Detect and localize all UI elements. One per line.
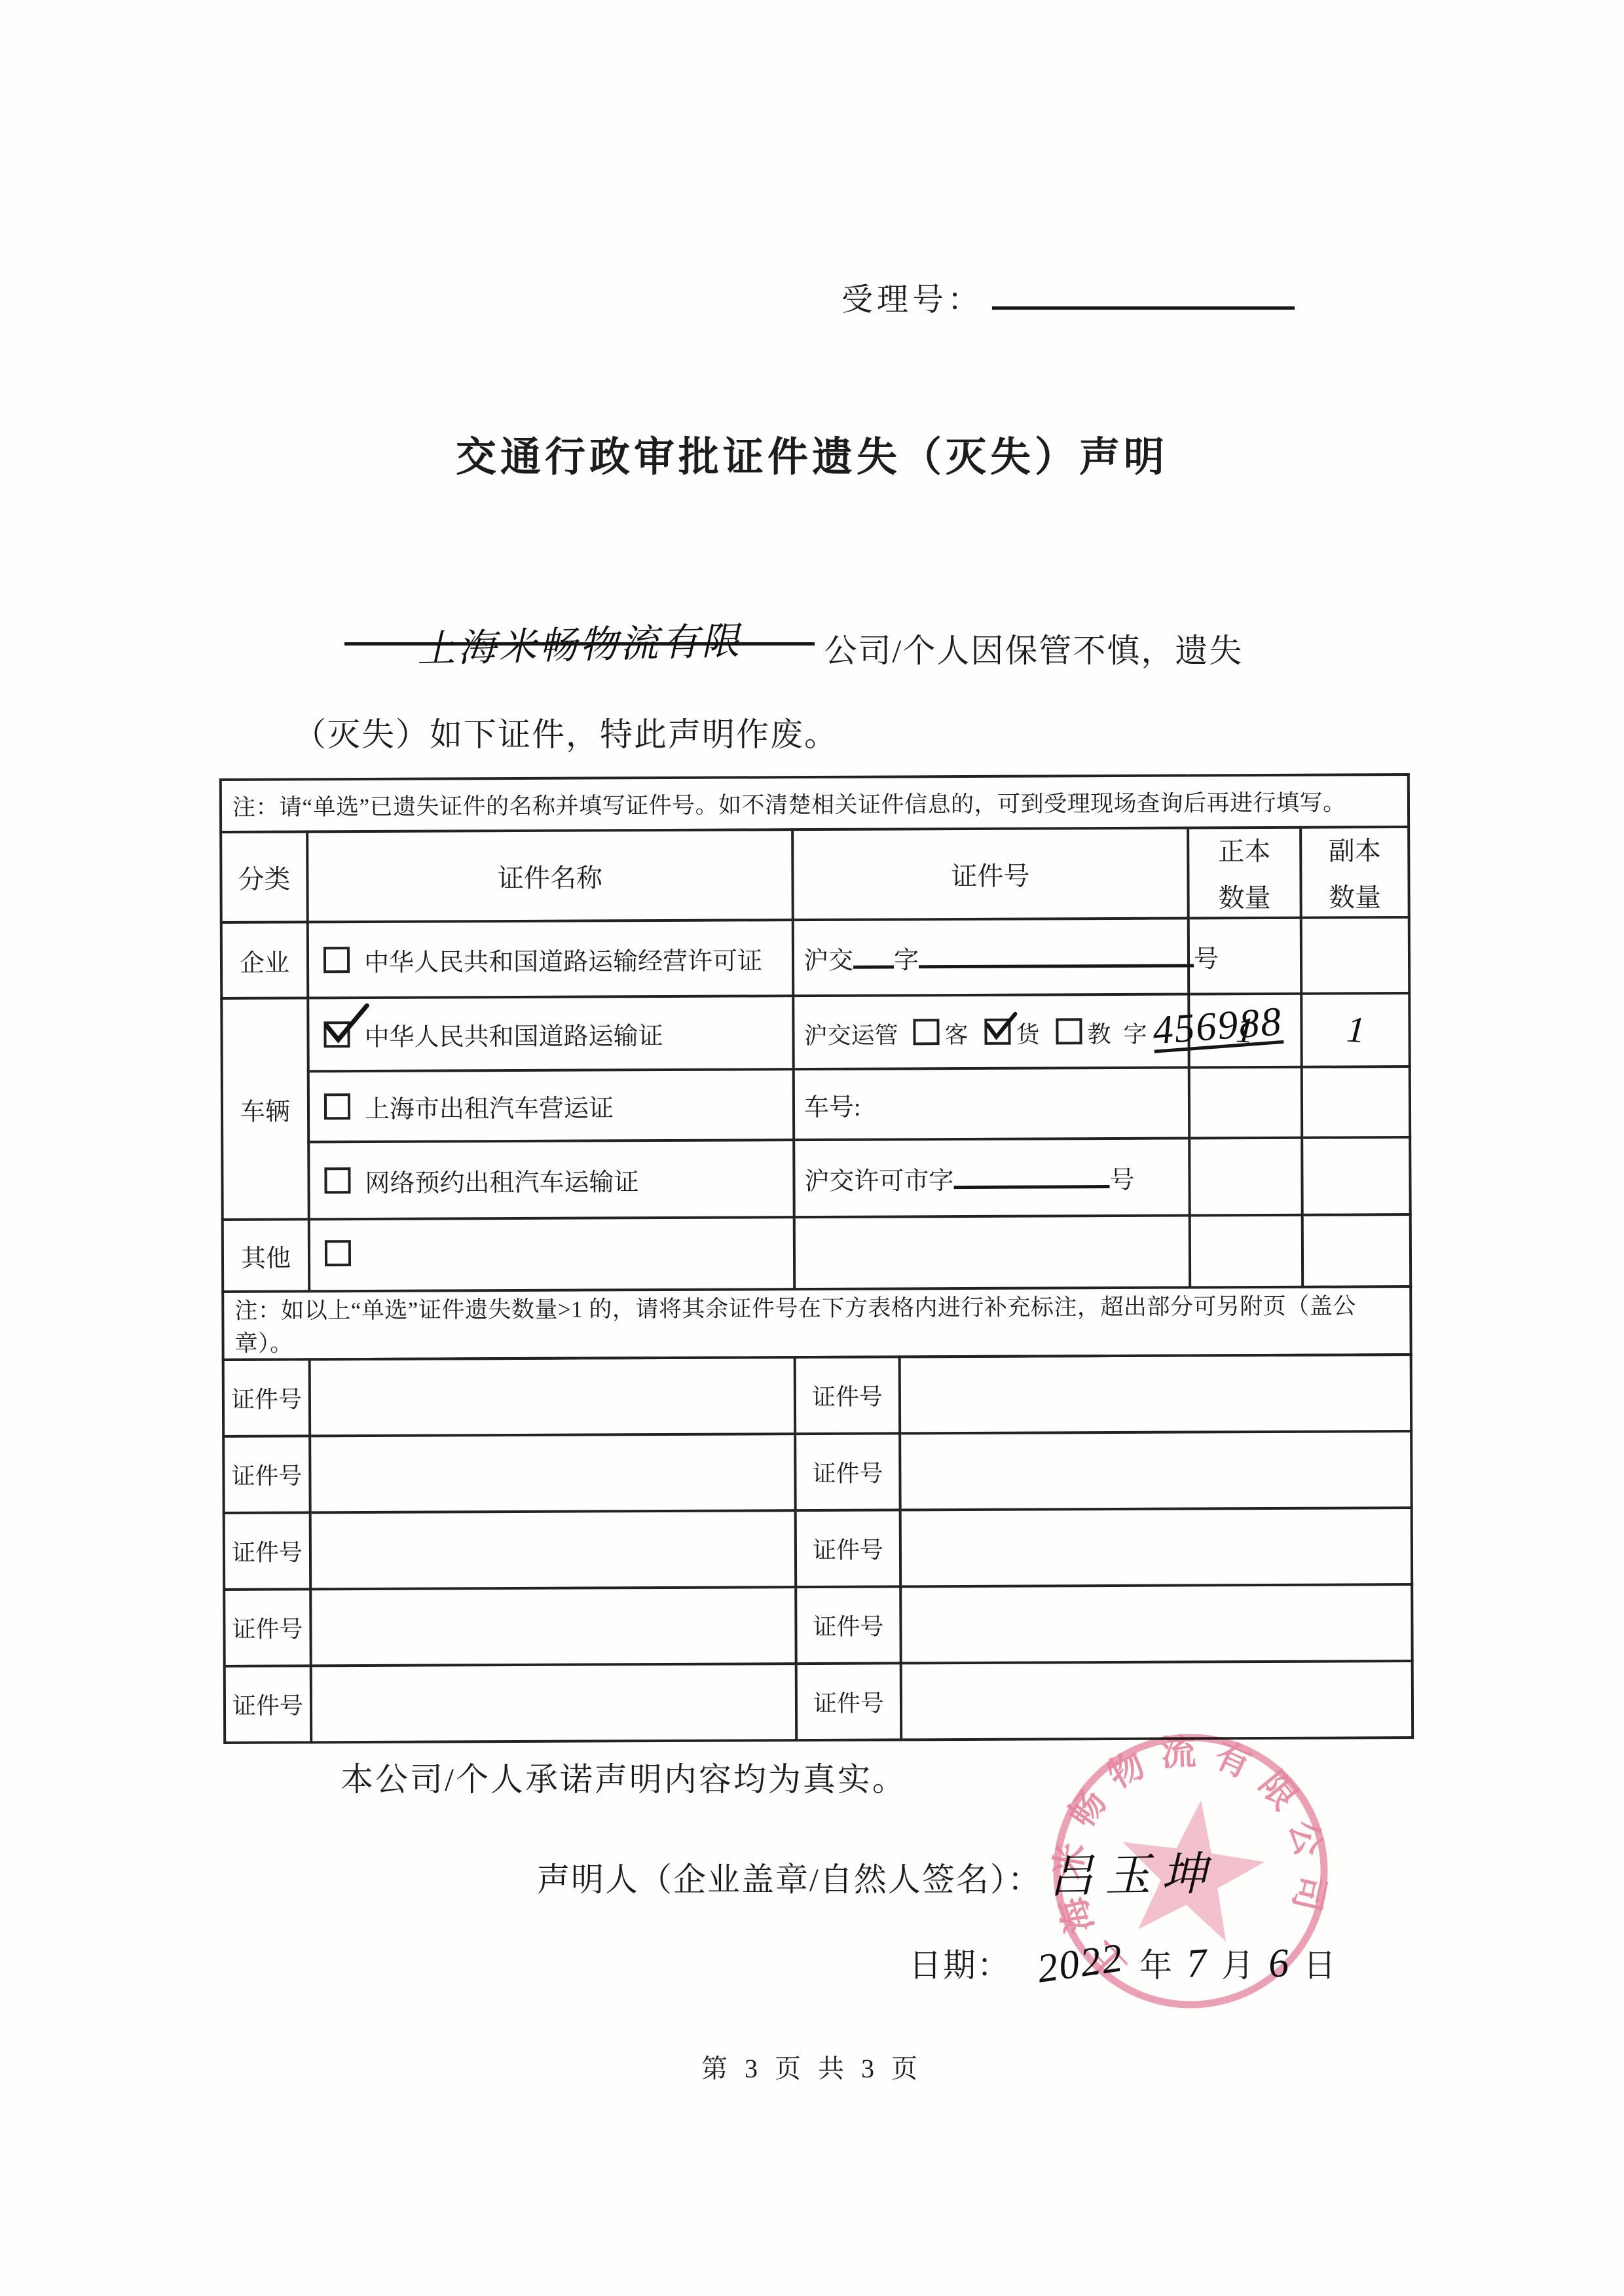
table-note-2: 注：如以上“单选”证件遗失数量>1 的，请将其余证件号在下方表格内进行补充标注，… (223, 1286, 1411, 1360)
extra-cert-no-label: 证件号 (796, 1586, 901, 1664)
extra-cert-no-label: 证件号 (795, 1433, 900, 1510)
extra-cert-no-label: 证件号 (795, 1357, 900, 1434)
page-number-footer: 第 3 页 共 3 页 (0, 2048, 1624, 2085)
certificate-table: 注：请“单选”已遗失证件的名称并填写证件号。如不清楚相关证件信息的，可到受理现场… (219, 773, 1412, 1361)
row-other (309, 1217, 794, 1291)
header-cert-no: 证件号 (792, 828, 1189, 920)
extra-cert-no-blank (310, 1434, 796, 1512)
company-seal-stamp: 上海米畅物流有限公司 (1043, 1717, 1338, 2013)
header-original-qty: 正本数量 (1188, 828, 1301, 919)
cert-no-template-4: 沪交许可市字号 (794, 1139, 1190, 1218)
check-mark (984, 1010, 1018, 1043)
original-qty-empty (1190, 1215, 1302, 1288)
scanned-form-page: 受理号： 交通行政审批证件遗失（灭失）声明 上海米畅物流有限 公司/个人因保管不… (0, 0, 1624, 2296)
extra-cert-no-label: 证件号 (225, 1666, 312, 1743)
acceptance-number-label: 受理号： (841, 282, 983, 317)
extra-cert-no-label: 证件号 (223, 1359, 310, 1436)
checkbox-checked (323, 1021, 350, 1048)
cert-no-template-1: 沪交字号 (793, 919, 1189, 996)
extra-cert-no-blank (900, 1431, 1412, 1510)
promise-statement: 本公司/个人承诺声明内容均为真实。 (341, 1753, 907, 1800)
cert-no-vehicle-plate: 车号: (794, 1068, 1189, 1140)
header-cert-name: 证件名称 (307, 829, 793, 922)
row-online-taxi-cert: 网络预约出租汽车运输证 (308, 1140, 794, 1219)
copy-qty-empty (1302, 1214, 1411, 1287)
category-enterprise: 企业 (221, 922, 308, 998)
checkbox-training (1056, 1018, 1082, 1044)
company-name-blank: 上海米畅物流有限 (344, 608, 815, 646)
cert-no-empty (794, 1216, 1190, 1290)
acceptance-number-blank (992, 274, 1295, 310)
extra-cert-no-label: 证件号 (224, 1512, 311, 1590)
extra-cert-no-blank (310, 1510, 796, 1589)
extra-cert-no-blank (900, 1584, 1412, 1663)
certificate-table-area: 注：请“单选”已遗失证件的名称并填写证件号。如不清楚相关证件信息的，可到受理现场… (219, 773, 1411, 1744)
copy-qty-empty (1302, 1066, 1410, 1138)
blank-field (919, 938, 1194, 969)
intro-paragraph: 上海米畅物流有限 公司/个人因保管不慎，遗失 （灭失）如下证件，特此声明作废。 (293, 608, 1407, 776)
seal-star (1111, 1791, 1272, 1945)
blank-field (853, 939, 894, 969)
blank-field (953, 1159, 1109, 1189)
intro-text-line2: （灭失）如下证件，特此声明作废。 (293, 716, 838, 753)
checkbox-unchecked (325, 1240, 351, 1266)
intro-text-line1: 公司/个人因保管不慎，遗失 (824, 632, 1244, 669)
category-vehicle: 车辆 (221, 998, 308, 1220)
checkbox-unchecked (324, 1167, 350, 1194)
extra-cert-no-table: 证件号 证件号 证件号 证件号 证件号 证件号 证件号 证件号 (222, 1353, 1414, 1744)
extra-cert-no-label: 证件号 (223, 1436, 310, 1513)
signer-label: 声明人（企业盖章/自然人签名）： (537, 1861, 1042, 1898)
copy-qty-empty (1301, 917, 1410, 994)
extra-cert-no-blank (900, 1355, 1412, 1433)
checkbox-freight-checked (984, 1018, 1010, 1044)
header-copy-qty: 副本数量 (1301, 827, 1409, 918)
original-qty-empty (1189, 1138, 1302, 1216)
acceptance-number-line: 受理号： (841, 274, 1295, 319)
date-label: 日期： (909, 1947, 1011, 1984)
checkbox-unchecked (323, 947, 350, 973)
category-other: 其他 (223, 1219, 309, 1292)
extra-cert-no-blank (900, 1508, 1412, 1586)
checkbox-unchecked (324, 1093, 350, 1120)
extra-cert-no-label: 证件号 (796, 1663, 902, 1740)
extra-cert-no-blank (311, 1664, 797, 1742)
company-name-handwritten: 上海米畅物流有限 (416, 600, 743, 692)
extra-cert-no-blank (310, 1357, 796, 1436)
header-category: 分类 (221, 831, 308, 922)
page-title: 交通行政审批证件遗失（灭失）声明 (0, 424, 1624, 483)
checkbox-passenger (913, 1019, 939, 1045)
cert-no-filled: 沪交运管 客 货 教 字 456988 (793, 994, 1189, 1070)
table-note-1: 注：请“单选”已遗失证件的名称并填写证件号。如不清楚相关证件信息的，可到受理现场… (221, 774, 1409, 832)
row-road-transport-permit: 中华人民共和国道路运输经营许可证 (308, 920, 793, 998)
extra-cert-no-blank (310, 1587, 796, 1666)
copy-qty-empty (1302, 1137, 1411, 1215)
original-qty-empty (1189, 1067, 1302, 1139)
copy-qty-value: 1 (1301, 993, 1410, 1067)
extra-cert-no-label: 证件号 (796, 1510, 901, 1587)
row-road-transport-cert: 中华人民共和国道路运输证 (308, 996, 793, 1071)
row-taxi-operation-cert: 上海市出租汽车营运证 (308, 1069, 794, 1142)
extra-cert-no-label: 证件号 (224, 1589, 311, 1666)
